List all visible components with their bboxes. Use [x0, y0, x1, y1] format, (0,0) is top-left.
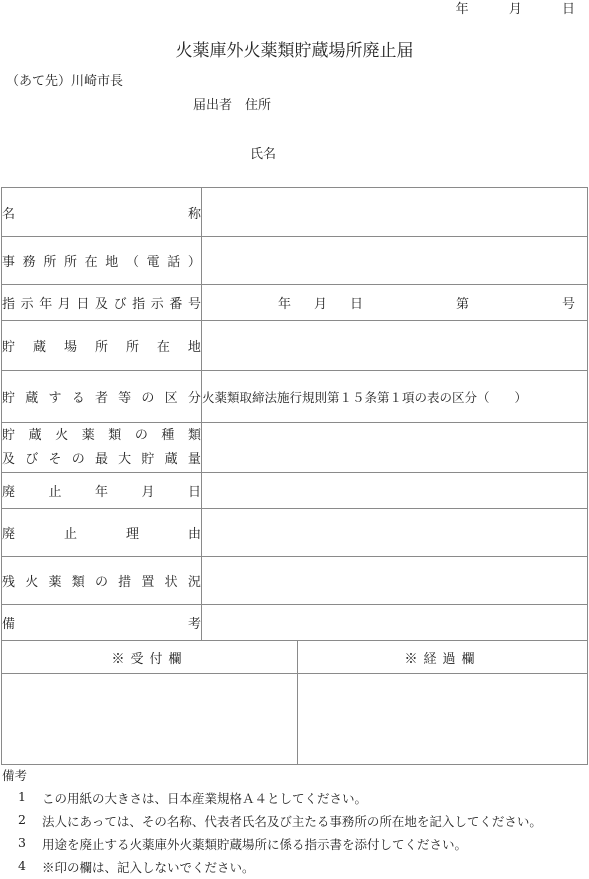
label-char: 日	[76, 293, 89, 312]
row-remaining-disposal: 残火薬類の措置状況	[2, 557, 588, 605]
row-name: 名称	[2, 188, 588, 237]
label-char: 指	[132, 293, 145, 312]
label-char: 理	[126, 523, 139, 542]
label-char: 種	[161, 424, 174, 448]
label-char: 月	[58, 293, 71, 312]
label-char: 在	[85, 251, 98, 270]
label-char: 地	[105, 251, 118, 270]
label-char: 区	[165, 387, 178, 406]
field-remaining-disposal[interactable]	[202, 557, 588, 605]
label-abolition-date: 廃止年月日	[2, 473, 202, 509]
label-char: 蔵	[29, 424, 42, 448]
label-char: の	[72, 448, 85, 472]
label-char: す	[48, 387, 61, 406]
applicant-address-label: 届出者 住所	[193, 94, 271, 113]
field-storage-location[interactable]	[202, 321, 588, 371]
progress-header: ※経過欄	[298, 641, 588, 674]
office-use-table: ※受付欄 ※経過欄	[1, 640, 588, 765]
month-label: 月	[509, 0, 522, 17]
notes-heading: 備考	[2, 766, 542, 784]
label-char: び	[25, 448, 38, 472]
reception-header: ※受付欄	[2, 641, 298, 674]
label-char: 止	[64, 523, 77, 542]
label-name: 名称	[2, 188, 202, 237]
label-char: 考	[188, 613, 201, 632]
label-char: 番	[169, 293, 182, 312]
label-explosive-types: 貯蔵火薬類の種類 及びその最大貯蔵量	[2, 423, 202, 473]
field-name[interactable]	[202, 188, 588, 237]
label-char: 類	[72, 571, 85, 590]
field-abolition-reason[interactable]	[202, 509, 588, 557]
field-storer-category[interactable]: 火薬類取締法施行規則第１５条第１項の表の区分（ ）	[202, 371, 588, 423]
note-item: 3用途を廃止する火薬庫外火薬類貯蔵場所に係る指示書を添付してください。	[2, 835, 542, 853]
label-char: 年	[39, 293, 52, 312]
label-abolition-reason: 廃止理由	[2, 509, 202, 557]
label-char: 廃	[2, 481, 15, 500]
row-remarks: 備考	[2, 605, 588, 641]
label-char: 置	[141, 571, 154, 590]
label-char: 等	[118, 387, 131, 406]
label-char: 及	[2, 448, 15, 472]
label-char: 量	[188, 448, 201, 472]
label-char: 示	[151, 293, 164, 312]
row-instruction-date-number: 指示年月日及び指示番号 年 月 日 第 号	[2, 285, 588, 321]
field-abolition-date[interactable]	[202, 473, 588, 509]
label-char: 話	[167, 251, 180, 270]
note-item: 4※印の欄は、記入しないでください。	[2, 858, 542, 876]
label-char: 蔵	[165, 448, 178, 472]
row-storage-location: 貯蔵場所所在地	[2, 321, 588, 371]
label-char: 止	[48, 481, 61, 500]
label-char: 火	[55, 424, 68, 448]
label-char: 蔵	[33, 336, 46, 355]
label-storer-category: 貯蔵する者等の区分	[2, 371, 202, 423]
label-char: 日	[188, 481, 201, 500]
label-char: る	[72, 387, 85, 406]
label-char: 貯	[141, 448, 154, 472]
instr-year: 年	[278, 293, 291, 312]
label-char: そ	[48, 448, 61, 472]
label-char: 蔵	[25, 387, 38, 406]
field-explosive-types[interactable]	[202, 423, 588, 473]
notes-section: 備考 1この用紙の大きさは、日本産業規格Ａ４としてください。 2法人にあっては、…	[2, 766, 542, 879]
label-char: 在	[157, 336, 170, 355]
label-char: 号	[188, 293, 201, 312]
label-office-address: 事務所所在地（電話）	[2, 237, 202, 285]
row-abolition-reason: 廃止理由	[2, 509, 588, 557]
label-char: 月	[141, 481, 154, 500]
label-char: 況	[188, 571, 201, 590]
label-char: 火	[25, 571, 38, 590]
label-char: 最	[95, 448, 108, 472]
year-label: 年	[456, 0, 469, 17]
label-chars: 名称	[2, 203, 201, 222]
instr-no-prefix: 第	[456, 293, 469, 312]
label-char: 備	[2, 613, 15, 632]
label-char: 地	[188, 336, 201, 355]
label-char: 示	[21, 293, 34, 312]
label-char: （	[126, 251, 139, 270]
label-char: び	[114, 293, 127, 312]
label-char: 所	[64, 251, 77, 270]
label-char: 指	[2, 293, 15, 312]
label-char: の	[135, 424, 148, 448]
label-char: 務	[23, 251, 36, 270]
label-char: 所	[95, 336, 108, 355]
date-line: 年 月 日	[456, 0, 575, 17]
label-char: 及	[95, 293, 108, 312]
note-item: 2法人にあっては、その名称、代表者氏名及び主たる事務所の所在地を記入してください…	[2, 812, 542, 830]
label-char: 分	[188, 387, 201, 406]
label-char: 措	[118, 571, 131, 590]
label-char: 所	[43, 251, 56, 270]
label-char: 大	[118, 448, 131, 472]
row-explosive-types: 貯蔵火薬類の種類 及びその最大貯蔵量	[2, 423, 588, 473]
label-char: 事	[2, 251, 15, 270]
field-office-address[interactable]	[202, 237, 588, 285]
label-char: 称	[188, 203, 201, 222]
label-char: の	[95, 571, 108, 590]
label-char: 薬	[48, 571, 61, 590]
field-remarks[interactable]	[202, 605, 588, 641]
reception-field	[2, 674, 298, 765]
row-office-address: 事務所所在地（電話）	[2, 237, 588, 285]
label-char: 由	[188, 523, 201, 542]
label-char: 貯	[2, 336, 15, 355]
page-title: 火薬庫外火薬類貯蔵場所廃止届	[0, 36, 589, 61]
progress-field	[298, 674, 588, 765]
label-char: 場	[64, 336, 77, 355]
label-char: の	[141, 387, 154, 406]
label-instruction-date-number: 指示年月日及び指示番号	[2, 285, 202, 321]
label-char: 類	[108, 424, 121, 448]
addressee: （あて先）川崎市長	[6, 70, 123, 89]
label-char: 電	[147, 251, 160, 270]
row-abolition-date: 廃止年月日	[2, 473, 588, 509]
label-remarks: 備考	[2, 605, 202, 641]
label-remaining-disposal: 残火薬類の措置状況	[2, 557, 202, 605]
application-form-table: 名称 事務所所在地（電話） 指示年月日及び指示番号 年 月 日 第 号 貯蔵場所…	[1, 187, 588, 641]
label-char: ）	[188, 251, 201, 270]
row-storer-category: 貯蔵する者等の区分 火薬類取締法施行規則第１５条第１項の表の区分（ ）	[2, 371, 588, 423]
label-char: 所	[126, 336, 139, 355]
label-char: 貯	[2, 387, 15, 406]
note-item: 1この用紙の大きさは、日本産業規格Ａ４としてください。	[2, 789, 542, 807]
label-char: 貯	[2, 424, 15, 448]
day-label: 日	[562, 0, 575, 17]
instr-month: 月	[314, 293, 327, 312]
label-char: 廃	[2, 523, 15, 542]
instr-day: 日	[350, 293, 363, 312]
label-char: 者	[95, 387, 108, 406]
label-char: 年	[95, 481, 108, 500]
label-char: 薬	[82, 424, 95, 448]
field-instruction-date-number[interactable]: 年 月 日 第 号	[202, 285, 588, 321]
label-storage-location: 貯蔵場所所在地	[2, 321, 202, 371]
label-char: 類	[188, 424, 201, 448]
label-char: 残	[2, 571, 15, 590]
label-char: 状	[165, 571, 178, 590]
instr-no-suffix: 号	[562, 293, 575, 312]
applicant-name-label: 氏名	[250, 143, 276, 162]
label-char: 名	[2, 203, 15, 222]
